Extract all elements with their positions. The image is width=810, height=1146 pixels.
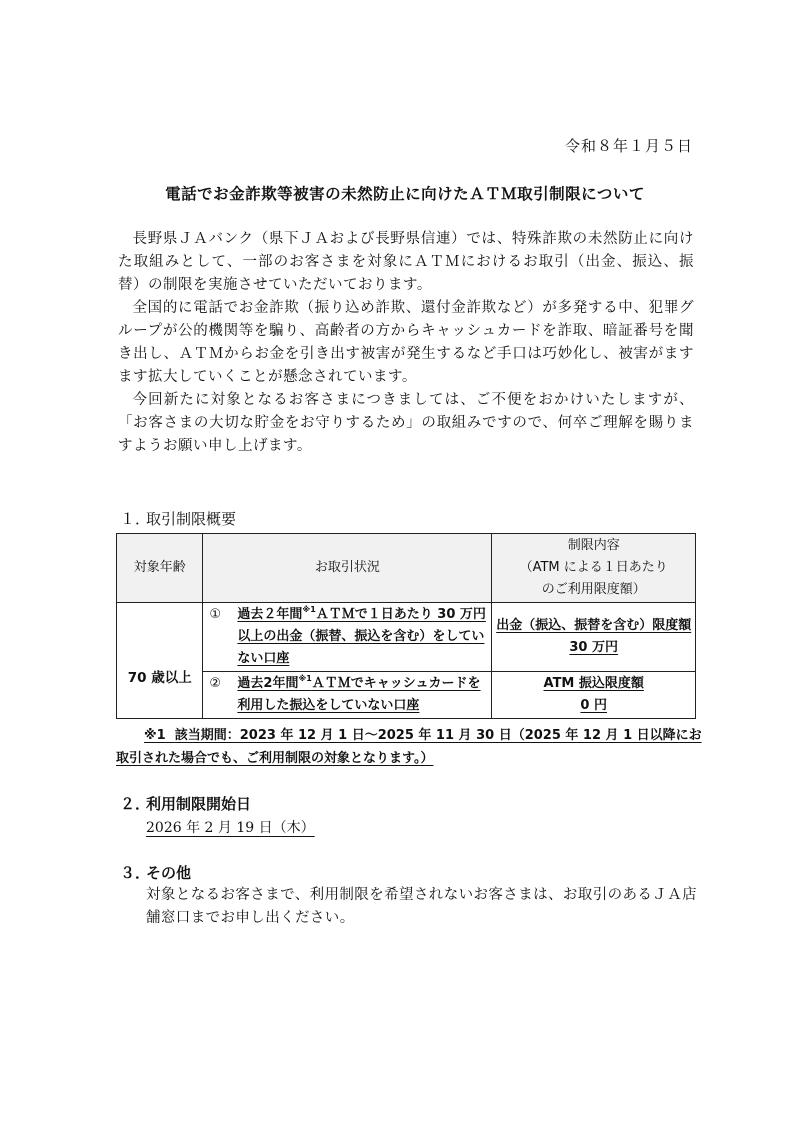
limit-cell-2: ATM 振込限度額 0 円 xyxy=(492,672,696,719)
header-limit-line1: 制限内容 xyxy=(492,535,695,557)
circled-number-1: ① xyxy=(209,604,237,670)
header-limit-line2: （ATM による１日あたり xyxy=(492,557,695,579)
limit-2-amount: 0 円 xyxy=(492,695,695,717)
section3-title: その他 xyxy=(146,864,191,882)
intro-paragraph-2: 全国的に電話でお金詐欺（振り込め詐欺、還付金詐欺など）が多発する中、犯罪グループ… xyxy=(118,297,694,389)
intro-paragraph-3: 今回新たに対象となるお客さまにつきましては、ご不便をおかけいたしますが、「お客さ… xyxy=(118,389,694,458)
footnote-ref-1: ※1 xyxy=(302,605,315,614)
section3-heading: ３．その他 xyxy=(120,862,191,883)
header-limit-line3: のご利用限度額） xyxy=(492,579,695,601)
footnote-label: ※1 xyxy=(144,728,166,743)
status-text-1-pre: 過去２年間 xyxy=(237,607,302,622)
issue-date: 令和８年１月５日 xyxy=(565,135,693,156)
section1-title: 取引制限概要 xyxy=(146,510,236,528)
limit-1-label: 出金（振込、振替を含む）限度額 xyxy=(492,615,695,637)
table-row: ② 過去2年間※1ＡＴＭでキャッシュカードを利用した振込をしていない口座 ATM… xyxy=(117,672,696,719)
limit-2-label: ATM 振込限度額 xyxy=(492,673,695,695)
header-limit: 制限内容 （ATM による１日あたり のご利用限度額） xyxy=(492,534,696,603)
table-row: 70 歳以上 ① 過去２年間※1ＡＴＭで１日あたり 30 万円以上の出金（振替、… xyxy=(117,603,696,672)
age-cell: 70 歳以上 xyxy=(117,603,203,719)
section2-heading: ２．利用制限開始日 xyxy=(120,793,251,814)
section3-number: ３． xyxy=(120,862,146,883)
status-cell-2: ② 過去2年間※1ＡＴＭでキャッシュカードを利用した振込をしていない口座 xyxy=(203,672,492,719)
limit-1-amount: 30 万円 xyxy=(492,637,695,659)
status-text-2: 過去2年間※1ＡＴＭでキャッシュカードを利用した振込をしていない口座 xyxy=(237,673,487,717)
status-cell-1: ① 過去２年間※1ＡＴＭで１日あたり 30 万円以上の出金（振替、振込を含む）を… xyxy=(203,603,492,672)
document-page: 令和８年１月５日 電話でお金詐欺等被害の未然防止に向けたＡＴＭ取引制限について … xyxy=(0,0,810,1146)
header-status: お取引状況 xyxy=(203,534,492,603)
intro-section: 長野県ＪＡバンク（県下ＪＡおよび長野県信連）では、特殊詐欺の未然防止に向けた取組… xyxy=(118,228,694,458)
header-age: 対象年齢 xyxy=(117,534,203,603)
section3-body: 対象となるお客さまで、利用制限を希望されないお客さまは、お取引のあるＪＡ店舗窓口… xyxy=(146,884,698,930)
section2-number: ２． xyxy=(120,793,146,814)
footnote: ※1 該当期間：2023 年 12 月 1 日～2025 年 11 月 30 日… xyxy=(116,724,706,770)
footnote-ref-2: ※1 xyxy=(298,674,311,683)
status-text-1: 過去２年間※1ＡＴＭで１日あたり 30 万円以上の出金（振替、振込を含む）をして… xyxy=(237,604,487,670)
footnote-text: 該当期間：2023 年 12 月 1 日～2025 年 11 月 30 日（20… xyxy=(116,728,702,766)
intro-paragraph-1: 長野県ＪＡバンク（県下ＪＡおよび長野県信連）では、特殊詐欺の未然防止に向けた取組… xyxy=(118,228,694,297)
section1-number: １． xyxy=(120,508,146,529)
status-text-2-pre: 過去2年間 xyxy=(237,676,298,691)
document-title: 電話でお金詐欺等被害の未然防止に向けたＡＴＭ取引制限について xyxy=(0,182,810,204)
section2-title: 利用制限開始日 xyxy=(146,795,251,813)
limit-cell-1: 出金（振込、振替を含む）限度額 30 万円 xyxy=(492,603,696,672)
circled-number-2: ② xyxy=(209,673,237,717)
table-header-row: 対象年齢 お取引状況 制限内容 （ATM による１日あたり のご利用限度額） xyxy=(117,534,696,603)
section1-heading: １．取引制限概要 xyxy=(120,508,236,529)
restriction-table: 対象年齢 お取引状況 制限内容 （ATM による１日あたり のご利用限度額） 7… xyxy=(116,533,696,719)
restriction-start-date: 2026 年 2 月 19 日（木） xyxy=(146,817,315,837)
